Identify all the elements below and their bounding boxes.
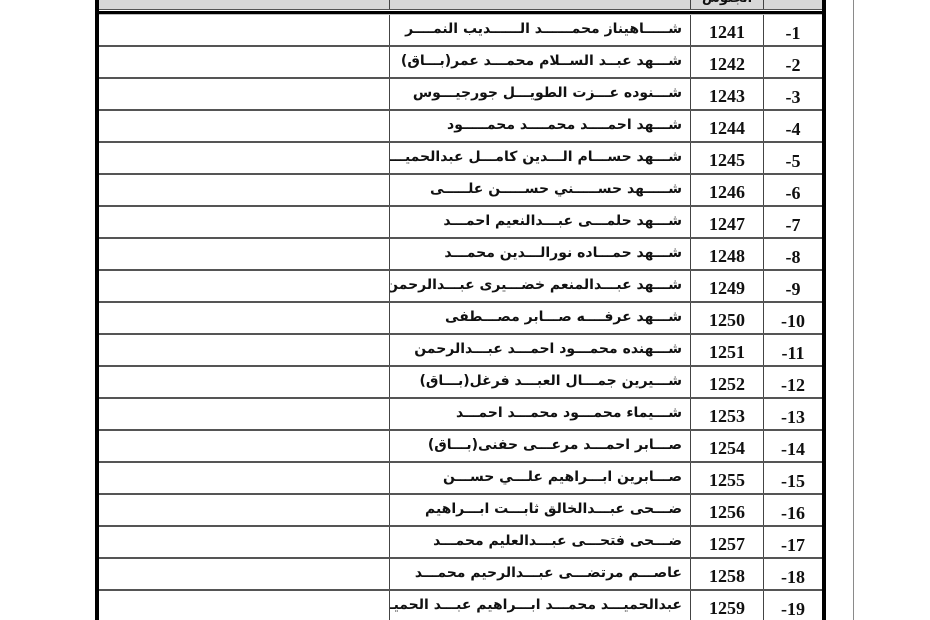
row-index-cell: -13	[763, 399, 822, 429]
table-row: صـــابر احمـــد مرعـــى حفنى(بـــاق) 125…	[99, 431, 822, 463]
seat-number-cell: 1243	[690, 79, 763, 109]
seat-number-cell: 1241	[690, 15, 763, 45]
notes-cell	[99, 239, 389, 269]
table-row: شـــــاهيناز محمــــــد الــــــديب النم…	[99, 15, 822, 47]
student-name-cell: شـــــاهيناز محمــــــد الــــــديب النم…	[389, 15, 690, 45]
student-name-cell: عاصـــم مرتضـــى عبـــدالرحيم محمـــد	[389, 559, 690, 589]
notes-cell	[99, 79, 389, 109]
student-name-cell: شـــهد حســـام الـــدين كامـــل عبدالحمي…	[389, 143, 690, 173]
row-index-cell: -5	[763, 143, 822, 173]
table-row: شـــهد احمــــد محمــــد محمـــــود 1244…	[99, 111, 822, 143]
row-index-cell: -6	[763, 175, 822, 205]
notes-cell	[99, 207, 389, 237]
notes-cell	[99, 175, 389, 205]
table-row: صـــابرين ابـــراهيم علـــي حســـن 1255 …	[99, 463, 822, 495]
student-name-cell: شـــهد حلمـــى عبـــدالنعيم احمـــد	[389, 207, 690, 237]
student-name-cell: شـــهد عرفــــه صـــابر مصـــطفى	[389, 303, 690, 333]
seat-number-cell: 1255	[690, 463, 763, 493]
header-index	[763, 0, 822, 9]
notes-cell	[99, 47, 389, 77]
seat-number-cell: 1254	[690, 431, 763, 461]
student-name-cell: ضـــحى فتحـــى عبـــدالعليم محمـــد	[389, 527, 690, 557]
seat-number-cell: 1253	[690, 399, 763, 429]
seat-number-cell: 1248	[690, 239, 763, 269]
table-row: شـــيماء محمـــود محمـــد احمـــد 1253 -…	[99, 399, 822, 431]
student-name-cell: صـــابر احمـــد مرعـــى حفنى(بـــاق)	[389, 431, 690, 461]
student-name-cell: شـــهد عبــد الســلام محمـــد عمر(بـــاق…	[389, 47, 690, 77]
notes-cell	[99, 303, 389, 333]
row-index-cell: -16	[763, 495, 822, 525]
row-index-cell: -3	[763, 79, 822, 109]
row-index-cell: -10	[763, 303, 822, 333]
student-name-cell: شـــيماء محمـــود محمـــد احمـــد	[389, 399, 690, 429]
table-row: شـــهنده محمـــود احمـــد عبـــدالرحمن 1…	[99, 335, 822, 367]
row-index-cell: -4	[763, 111, 822, 141]
notes-cell	[99, 367, 389, 397]
student-name-cell: عبدالحميـــد محمـــد ابـــراهيم عبـــد ا…	[389, 591, 690, 620]
seat-number-cell: 1252	[690, 367, 763, 397]
row-index-cell: -11	[763, 335, 822, 365]
notes-cell	[99, 527, 389, 557]
seat-number-cell: 1251	[690, 335, 763, 365]
seat-number-cell: 1246	[690, 175, 763, 205]
table-row: شـــنوده عـــزت الطويـــل جورجيـــوس 124…	[99, 79, 822, 111]
notes-cell	[99, 143, 389, 173]
table-row: عبدالحميـــد محمـــد ابـــراهيم عبـــد ا…	[99, 591, 822, 620]
table-header-row: الجلوس	[99, 0, 822, 10]
seat-number-cell: 1249	[690, 271, 763, 301]
student-name-cell: شـــهد حمـــاده نورالـــدين محمـــد	[389, 239, 690, 269]
row-index-cell: -9	[763, 271, 822, 301]
notes-cell	[99, 111, 389, 141]
seat-number-cell: 1257	[690, 527, 763, 557]
student-name-cell: شـــيرين جمـــال العبـــد فرغل(بـــاق)	[389, 367, 690, 397]
notes-cell	[99, 431, 389, 461]
seat-number-cell: 1256	[690, 495, 763, 525]
table-row: شـــهد عرفــــه صـــابر مصـــطفى 1250 -1…	[99, 303, 822, 335]
table-row: شـــــهد حســـــني حســـــن علـــــى 124…	[99, 175, 822, 207]
seat-number-cell: 1244	[690, 111, 763, 141]
header-seat-number: الجلوس	[690, 0, 763, 9]
student-name-cell: شـــنوده عـــزت الطويـــل جورجيـــوس	[389, 79, 690, 109]
student-name-cell: شـــهد عبـــدالمنعم خضـــيرى عبـــدالرحم…	[389, 271, 690, 301]
student-table: الجلوس شـــــاهيناز محمــــــد الــــــد…	[99, 0, 822, 620]
notes-cell	[99, 559, 389, 589]
table-row: شـــهد عبــد الســلام محمـــد عمر(بـــاق…	[99, 47, 822, 79]
table-row: شـــهد حســـام الـــدين كامـــل عبدالحمي…	[99, 143, 822, 175]
seat-number-cell: 1247	[690, 207, 763, 237]
row-index-cell: -12	[763, 367, 822, 397]
row-index-cell: -14	[763, 431, 822, 461]
student-name-cell: شـــهد احمــــد محمــــد محمـــــود	[389, 111, 690, 141]
row-index-cell: -18	[763, 559, 822, 589]
table-row: شـــهد حمـــاده نورالـــدين محمـــد 1248…	[99, 239, 822, 271]
document-page: الجلوس شـــــاهيناز محمــــــد الــــــد…	[0, 0, 930, 620]
notes-cell	[99, 399, 389, 429]
header-name	[389, 0, 690, 9]
notes-cell	[99, 335, 389, 365]
seat-number-cell: 1242	[690, 47, 763, 77]
table-frame-right-border	[822, 0, 826, 620]
student-name-cell: ضـــحى عبـــدالخالق ثابـــت ابـــراهيم	[389, 495, 690, 525]
row-index-cell: -15	[763, 463, 822, 493]
row-index-cell: -19	[763, 591, 822, 620]
row-index-cell: -17	[763, 527, 822, 557]
table-row: شـــهد عبـــدالمنعم خضـــيرى عبـــدالرحم…	[99, 271, 822, 303]
header-notes	[99, 0, 389, 9]
table-row: شـــيرين جمـــال العبـــد فرغل(بـــاق) 1…	[99, 367, 822, 399]
notes-cell	[99, 15, 389, 45]
table-body: شـــــاهيناز محمــــــد الــــــديب النم…	[99, 15, 822, 620]
row-index-cell: -7	[763, 207, 822, 237]
table-row: شـــهد حلمـــى عبـــدالنعيم احمـــد 1247…	[99, 207, 822, 239]
notes-cell	[99, 495, 389, 525]
table-row: عاصـــم مرتضـــى عبـــدالرحيم محمـــد 12…	[99, 559, 822, 591]
page-margin-line	[853, 0, 854, 620]
notes-cell	[99, 271, 389, 301]
seat-number-cell: 1258	[690, 559, 763, 589]
row-index-cell: -8	[763, 239, 822, 269]
row-index-cell: -1	[763, 15, 822, 45]
seat-number-cell: 1250	[690, 303, 763, 333]
student-name-cell: صـــابرين ابـــراهيم علـــي حســـن	[389, 463, 690, 493]
student-name-cell: شـــهنده محمـــود احمـــد عبـــدالرحمن	[389, 335, 690, 365]
row-index-cell: -2	[763, 47, 822, 77]
student-name-cell: شـــــهد حســـــني حســـــن علـــــى	[389, 175, 690, 205]
table-row: ضـــحى عبـــدالخالق ثابـــت ابـــراهيم 1…	[99, 495, 822, 527]
notes-cell	[99, 463, 389, 493]
table-row: ضـــحى فتحـــى عبـــدالعليم محمـــد 1257…	[99, 527, 822, 559]
seat-number-cell: 1245	[690, 143, 763, 173]
seat-number-cell: 1259	[690, 591, 763, 620]
notes-cell	[99, 591, 389, 620]
